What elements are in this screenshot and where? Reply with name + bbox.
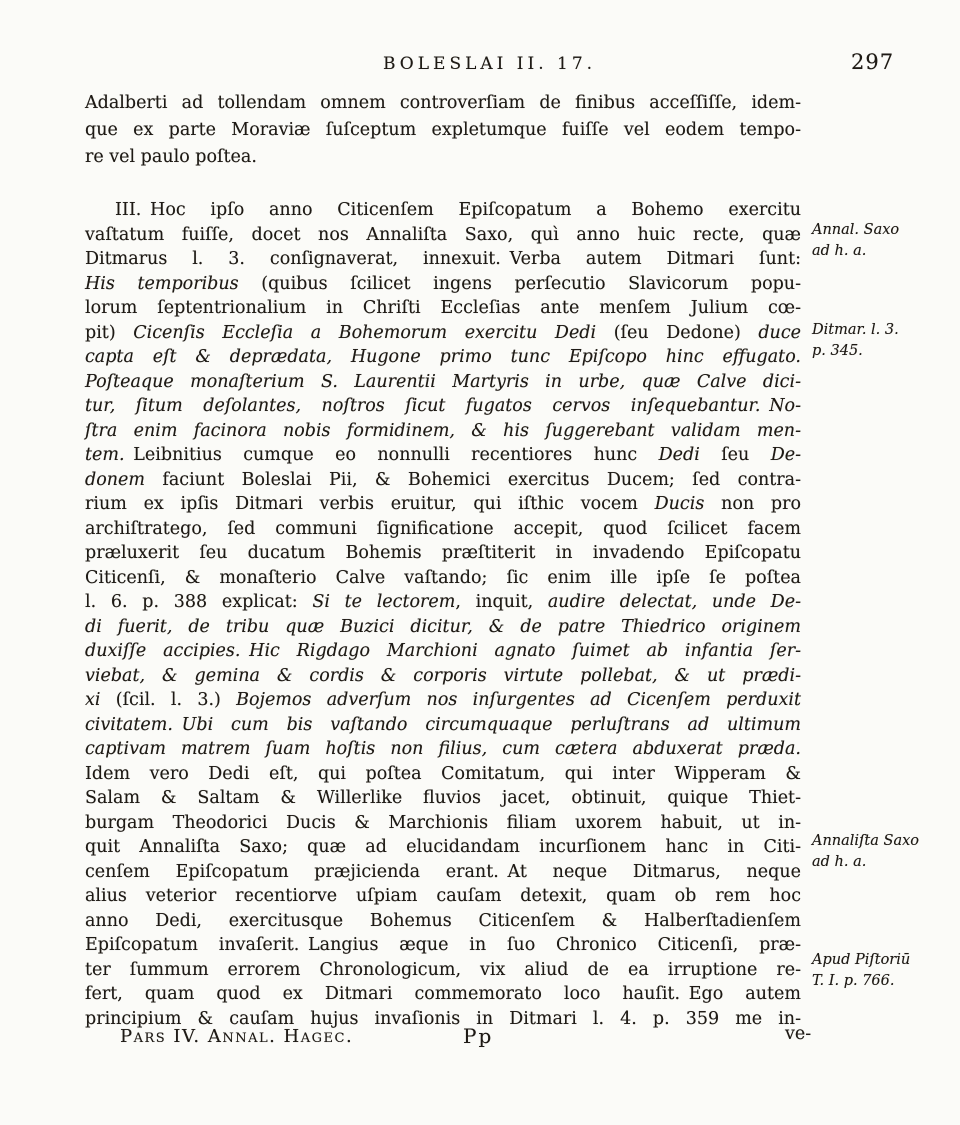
text-line: III. Hoc ipſo anno Citicenſem Epiſcopatu… (85, 198, 801, 223)
roman-text-run: Epiſcopatum invaſerit. Langius æque in ſ… (85, 935, 801, 955)
text-line: l. 6. p. 388 explicat: Si te lectorem, i… (85, 590, 801, 615)
roman-text-run: Leibnitius cumque eo nonnulli recentiore… (125, 445, 659, 465)
roman-text-run: ſeu (700, 445, 771, 465)
page-footer: Pars IV. Annal. Hagec. Pp ve- (85, 1024, 825, 1058)
roman-text-run: anno Dedi, exercitusque Bohemus Citicenſ… (85, 911, 801, 931)
roman-text-run: Adalberti ad tollendam omnem controverſi… (85, 93, 801, 113)
italic-text-run: Dedi (659, 445, 700, 465)
series-title: Pars IV. Annal. Hagec. (120, 1026, 353, 1047)
text-line: vaſtatum fuiſſe, docet nos Annaliſta Sax… (85, 223, 801, 248)
italic-text-run: tem. (85, 445, 125, 465)
catchword: ve- (785, 1024, 811, 1044)
roman-text-run: non pro (704, 494, 801, 514)
text-line: ter ſummum errorem Chronologicum, vix al… (85, 958, 801, 983)
book-page: BOLESLAI II. 17. 297 Adalberti ad tollen… (0, 0, 960, 1125)
text-line: captivam matrem ſuam hoſtis non filius, … (85, 737, 801, 762)
roman-text-run: III. Hoc ipſo anno Citicenſem Epiſcopatu… (115, 200, 801, 220)
roman-text-run: lorum ſeptentrionalium in Chriſti Eccleſ… (85, 298, 801, 318)
text-line: donem faciunt Boleslai Pii, & Bohemici e… (85, 468, 801, 493)
roman-text-run: (ſeu Dedone) (596, 323, 758, 343)
italic-text-run: audire delectat, unde De- (548, 592, 801, 612)
roman-text-run: præluxerit ſeu ducatum Bohemis præſtiter… (85, 543, 801, 563)
text-line: præluxerit ſeu ducatum Bohemis præſtiter… (85, 541, 801, 566)
margin-note: Ditmar. l. 3.p. 345. (812, 320, 958, 361)
italic-text-run: donem (85, 470, 145, 490)
margin-note-line: Annal. Saxo (812, 220, 958, 241)
italic-text-run: captivam matrem ſuam hoſtis non filius, … (85, 739, 801, 759)
text-line: Adalberti ad tollendam omnem controverſi… (85, 90, 801, 117)
italic-text-run: duce (758, 323, 801, 343)
roman-text-run: cenſem Epiſcopatum præjicienda erant. At… (85, 862, 801, 882)
margin-note-line: Ditmar. l. 3. (812, 320, 958, 341)
text-line: civitatem. Ubi cum bis vaſtando circumqu… (85, 713, 801, 738)
roman-text-run: pit) (85, 323, 133, 343)
text-line: viebat, & gemina & cordis & corporis vir… (85, 664, 801, 689)
roman-text-run: burgam Theodorici Ducis & Marchionis fil… (85, 813, 801, 833)
roman-text-run: ter ſummum errorem Chronologicum, vix al… (85, 960, 801, 980)
roman-text-run: , inquit, (455, 592, 548, 612)
roman-text-run: archiſtratego, ſed communi ſignification… (85, 519, 801, 539)
text-line: re vel paulo poſtea. (85, 144, 801, 171)
margin-note-line: Apud Piſtoriū (812, 950, 958, 971)
text-line: Poſteaque monaſterium S. Laurentii Marty… (85, 370, 801, 395)
italic-text-run: Ducis (655, 494, 705, 514)
text-line: alius veterior recentiorve uſpiam cauſam… (85, 884, 801, 909)
text-line: cenſem Epiſcopatum præjicienda erant. At… (85, 860, 801, 885)
roman-text-run: Ditmarus l. 3. conſignaverat, innexuit. … (85, 249, 801, 269)
margin-note-line: ad h. a. (812, 241, 958, 262)
roman-text-run: que ex parte Moraviæ ſuſceptum expletumq… (85, 120, 801, 140)
roman-text-run: quit Annaliſta Saxo; quæ ad elucidandam … (85, 837, 801, 857)
text-line: duxiſſe accipies. Hic Rigdago Marchioni … (85, 639, 801, 664)
roman-text-run: faciunt Boleslai Pii, & Bohemici exercit… (145, 470, 801, 490)
margin-note-line: T. I. p. 766. (812, 971, 958, 992)
text-line: anno Dedi, exercitusque Bohemus Citicenſ… (85, 909, 801, 934)
text-line: capta eſt & deprædata, Hugone primo tunc… (85, 345, 801, 370)
text-line: tem. Leibnitius cumque eo nonnulli recen… (85, 443, 801, 468)
text-line: xi (ſcil. l. 3.) Bojemos adverſum nos in… (85, 688, 801, 713)
text-line: archiſtratego, ſed communi ſignification… (85, 517, 801, 542)
margin-note: Annal. Saxoad h. a. (812, 220, 958, 261)
roman-text-run: rium ex ipſis Ditmari verbis eruitur, qu… (85, 494, 655, 514)
roman-text-run: Citicenſi, & monaſterio Calve vaſtando; … (85, 568, 801, 588)
text-line: lorum ſeptentrionalium in Chriſti Eccleſ… (85, 296, 801, 321)
italic-text-run: His temporibus (85, 274, 239, 294)
main-paragraph: III. Hoc ipſo anno Citicenſem Epiſcopatu… (85, 198, 801, 1031)
roman-text-run: re vel paulo poſtea. (85, 147, 257, 167)
italic-text-run: De- (771, 445, 801, 465)
italic-text-run: capta eſt & deprædata, Hugone primo tunc… (85, 347, 801, 367)
text-line: fert, quam quod ex Ditmari commemorato l… (85, 982, 801, 1007)
italic-text-run: di fuerit, de tribu quæ Buzici dicitur, … (85, 617, 801, 637)
margin-note-line: ad h. a. (812, 852, 958, 873)
text-line: pit) Cicenſis Eccleſia a Bohemorum exerc… (85, 321, 801, 346)
margin-note: Annaliſta Saxoad h. a. (812, 831, 958, 872)
text-line: Ditmarus l. 3. conſignaverat, innexuit. … (85, 247, 801, 272)
text-line: Salam & Saltam & Willerlike fluvios jace… (85, 786, 801, 811)
italic-text-run: Si te lectorem (312, 592, 455, 612)
text-line: rium ex ipſis Ditmari verbis eruitur, qu… (85, 492, 801, 517)
text-line: que ex parte Moraviæ ſuſceptum expletumq… (85, 117, 801, 144)
text-line: di fuerit, de tribu quæ Buzici dicitur, … (85, 615, 801, 640)
roman-text-run: (ſcil. l. 3.) (116, 690, 236, 710)
intro-paragraph: Adalberti ad tollendam omnem controverſi… (85, 90, 801, 171)
italic-text-run: Poſteaque monaſterium S. Laurentii Marty… (85, 372, 801, 392)
signature-mark: Pp (463, 1024, 493, 1048)
margin-note-line: p. 345. (812, 341, 958, 362)
text-line: tur, ſitum deſolantes, noſtros ſicut fug… (85, 394, 801, 419)
italic-text-run: viebat, & gemina & cordis & corporis vir… (85, 666, 801, 686)
italic-text-run: Bojemos adverſum nos inſurgentes ad Cice… (236, 690, 801, 710)
text-line: Epiſcopatum invaſerit. Langius æque in ſ… (85, 933, 801, 958)
italic-text-run: ſtra enim facinora nobis formidinem, & h… (85, 421, 801, 441)
text-line: burgam Theodorici Ducis & Marchionis fil… (85, 811, 801, 836)
roman-text-run: vaſtatum fuiſſe, docet nos Annaliſta Sax… (85, 225, 801, 245)
text-line: Idem vero Dedi eſt, qui poſtea Comitatum… (85, 762, 801, 787)
roman-text-run: Salam & Saltam & Willerlike fluvios jace… (85, 788, 801, 808)
running-header: BOLESLAI II. 17. (383, 54, 596, 74)
roman-text-run: Idem vero Dedi eſt, qui poſtea Comitatum… (85, 764, 801, 784)
italic-text-run: Cicenſis Eccleſia a Bohemorum exercitu D… (133, 323, 596, 343)
text-line: Citicenſi, & monaſterio Calve vaſtando; … (85, 566, 801, 591)
italic-text-run: civitatem. Ubi cum bis vaſtando circumqu… (85, 715, 801, 735)
italic-text-run: duxiſſe accipies. Hic Rigdago Marchioni … (85, 641, 801, 661)
roman-text-run: l. 6. p. 388 explicat: (85, 592, 312, 612)
text-line: His temporibus (quibus ſcilicet ingens p… (85, 272, 801, 297)
text-line: quit Annaliſta Saxo; quæ ad elucidandam … (85, 835, 801, 860)
margin-note-line: Annaliſta Saxo (812, 831, 958, 852)
text-line: ſtra enim facinora nobis formidinem, & h… (85, 419, 801, 444)
roman-text-run: alius veterior recentiorve uſpiam cauſam… (85, 886, 801, 906)
italic-text-run: tur, ſitum deſolantes, noſtros ſicut fug… (85, 396, 801, 416)
italic-text-run: xi (85, 690, 116, 710)
margin-note: Apud PiſtoriūT. I. p. 766. (812, 950, 958, 991)
roman-text-run: (quibus ſcilicet ingens perſecutio Slavi… (239, 274, 801, 294)
roman-text-run: fert, quam quod ex Ditmari commemorato l… (85, 984, 801, 1004)
page-number: 297 (851, 50, 894, 74)
